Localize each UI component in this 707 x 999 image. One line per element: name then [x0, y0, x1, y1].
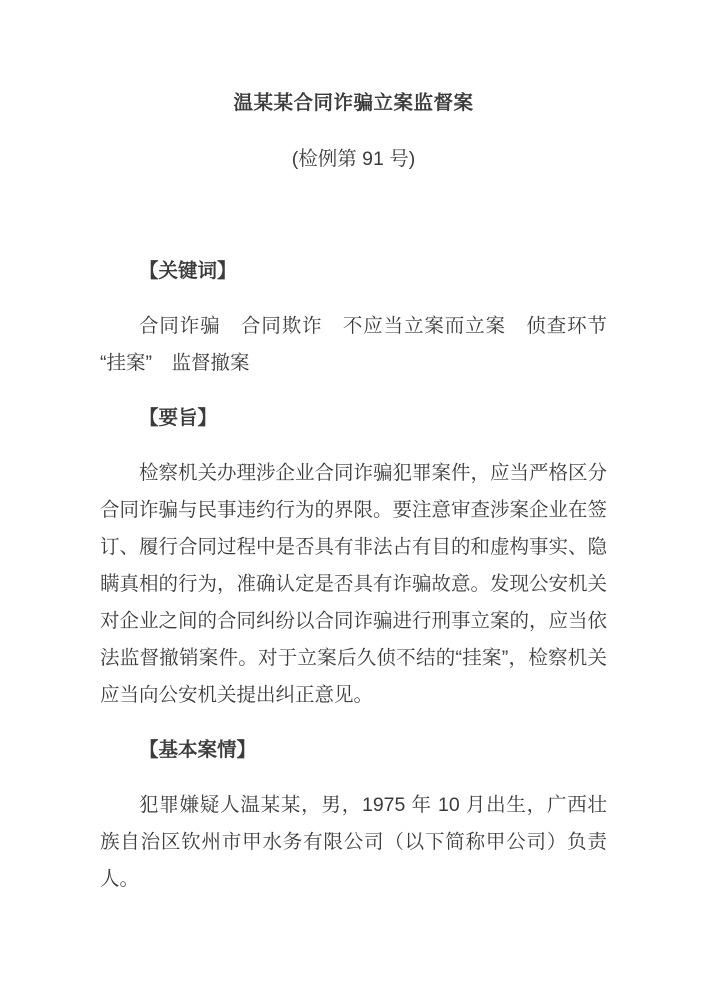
section-heading-gist: 【要旨】	[100, 400, 607, 437]
section-gist: 【要旨】 检察机关办理涉企业合同诈骗犯罪案件，应当严格区分合同诈骗与民事违约行为…	[100, 400, 607, 714]
section-heading-basic-facts: 【基本案情】	[100, 732, 607, 769]
keywords-paragraph: 合同诈骗 合同欺诈 不应当立案而立案 侦查环节“挂案” 监督撤案	[100, 308, 607, 382]
basic-facts-paragraph: 犯罪嫌疑人温某某，男，1975 年 10 月出生，广西壮族自治区钦州市甲水务有限…	[100, 787, 607, 898]
document-page: 温某某合同诈骗立案监督案 (检例第 91 号) 【关键词】 合同诈骗 合同欺诈 …	[0, 0, 707, 999]
case-number: (检例第 91 号)	[100, 146, 607, 172]
gist-paragraph: 检察机关办理涉企业合同诈骗犯罪案件，应当严格区分合同诈骗与民事违约行为的界限。要…	[100, 455, 607, 714]
section-basic-facts: 【基本案情】 犯罪嫌疑人温某某，男，1975 年 10 月出生，广西壮族自治区钦…	[100, 732, 607, 898]
section-keywords: 【关键词】 合同诈骗 合同欺诈 不应当立案而立案 侦查环节“挂案” 监督撤案	[100, 253, 607, 382]
section-heading-keywords: 【关键词】	[100, 253, 607, 290]
page-title: 温某某合同诈骗立案监督案	[100, 90, 607, 116]
